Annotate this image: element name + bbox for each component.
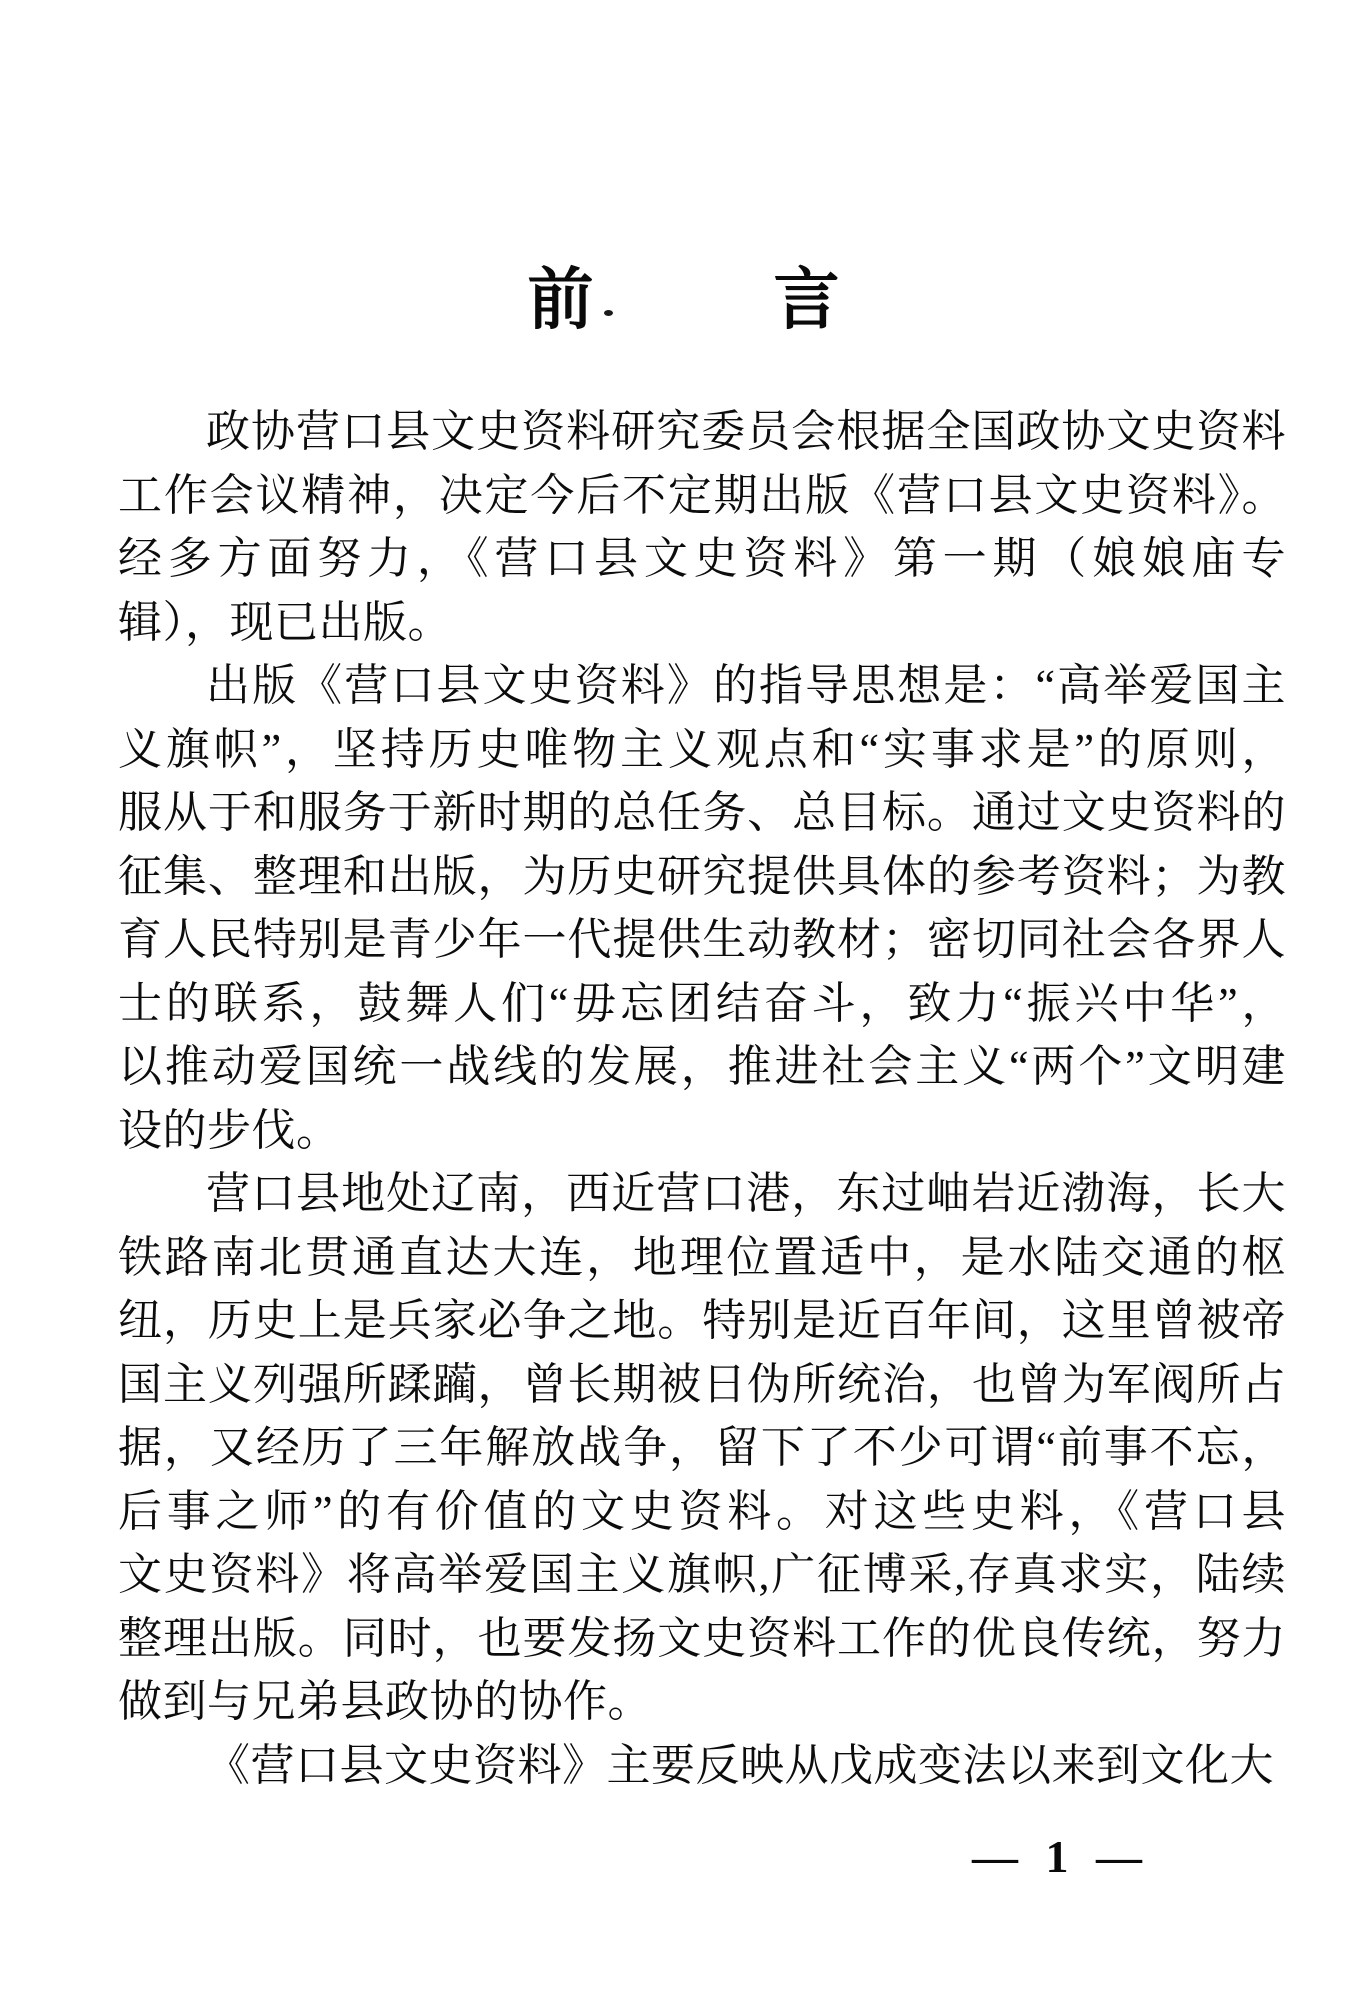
- text-line: 《营口县文史资料》主要反映从戊成变法以来到文化大: [118, 1734, 1286, 1798]
- text-line: 辑），现已出版。: [118, 591, 1286, 655]
- paragraph: 出版《营口县文史资料》的指导思想是：“高举爱国主义旗帜”，坚持历史唯物主义观点和…: [118, 654, 1286, 1162]
- paragraph: 政协营口县文史资料研究委员会根据全国政协文史资料工作会议精神，决定今后不定期出版…: [118, 400, 1286, 654]
- text-line: 铁路南北贯通直达大连，地理位置适中，是水陆交通的枢: [118, 1226, 1286, 1290]
- title-char-qian: 前: [528, 265, 594, 332]
- text-line: 文史资料》将高举爱国主义旗帜,广征博采,存真求实，陆续: [118, 1543, 1286, 1607]
- text-line: 设的步伐。: [118, 1099, 1286, 1163]
- text-line: 义旗帜”，坚持历史唯物主义观点和“实事求是”的原则，: [118, 718, 1286, 782]
- text-line: 国主义列强所蹂躏，曾长期被日伪所统治，也曾为军阀所占: [118, 1353, 1286, 1417]
- page-title: 前 言: [0, 266, 1367, 332]
- text-line: 以推动爱国统一战线的发展，推进社会主义“两个”文明建: [118, 1035, 1286, 1099]
- text-line: 做到与兄弟县政协的协作。: [118, 1670, 1286, 1734]
- text-line: 服从于和服务于新时期的总任务、总目标。通过文史资料的: [118, 781, 1286, 845]
- text-line: 工作会议精神，决定今后不定期出版《营口县文史资料》。: [118, 464, 1286, 528]
- text-line: 育人民特别是青少年一代提供生动教材；密切同社会各界人: [118, 908, 1286, 972]
- title-char-yan: 言: [774, 265, 840, 332]
- text-line: 整理出版。同时，也要发扬文史资料工作的优良传统，努力: [118, 1607, 1286, 1671]
- text-line: 纽，历史上是兵家必争之地。特别是近百年间，这里曾被帝: [118, 1289, 1286, 1353]
- text-line: 征集、整理和出版，为历史研究提供具体的参考资料；为教: [118, 845, 1286, 909]
- paragraph: 《营口县文史资料》主要反映从戊成变法以来到文化大: [118, 1734, 1286, 1798]
- text-line: 后事之师”的有价值的文史资料。对这些史料，《营口县: [118, 1480, 1286, 1544]
- text-line: 士的联系，鼓舞人们“毋忘团结奋斗，致力“振兴中华”，: [118, 972, 1286, 1036]
- paragraph: 营口县地处辽南，西近营口港，东过岫岩近渤海，长大铁路南北贯通直达大连，地理位置适…: [118, 1162, 1286, 1734]
- text-line: 政协营口县文史资料研究委员会根据全国政协文史资料: [118, 400, 1286, 464]
- scanned-book-page: 前 言 政协营口县文史资料研究委员会根据全国政协文史资料工作会议精神，决定今后不…: [0, 0, 1367, 2014]
- scan-ink-speck: [604, 310, 613, 316]
- text-line: 据，又经历了三年解放战争，留下了不少可谓“前事不忘，: [118, 1416, 1286, 1480]
- text-line: 出版《营口县文史资料》的指导思想是：“高举爱国主: [118, 654, 1286, 718]
- text-line: 经多方面努力，《营口县文史资料》第一期（娘娘庙专: [118, 527, 1286, 591]
- page-number: — 1 —: [972, 1830, 1150, 1883]
- text-line: 营口县地处辽南，西近营口港，东过岫岩近渤海，长大: [118, 1162, 1286, 1226]
- document-body: 政协营口县文史资料研究委员会根据全国政协文史资料工作会议精神，决定今后不定期出版…: [118, 400, 1286, 1797]
